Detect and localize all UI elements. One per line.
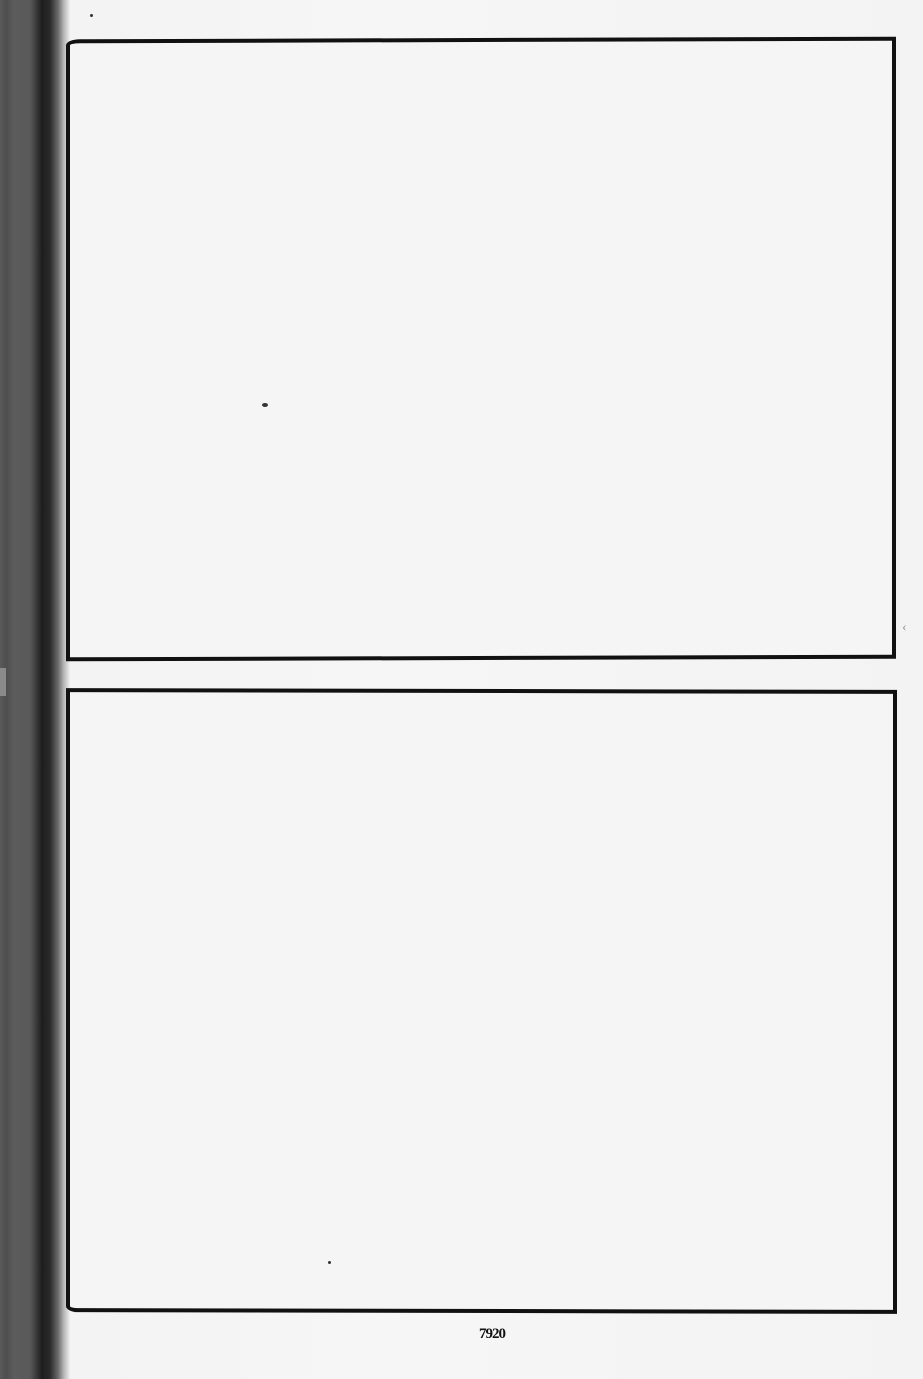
empty-frame-bottom (66, 688, 897, 1314)
page-number: 7920 (479, 1326, 505, 1343)
scanned-page: ‹ 7920 (0, 0, 923, 1379)
binding-notch (0, 668, 6, 696)
scan-speck (262, 403, 268, 407)
scan-speck (328, 1261, 331, 1264)
margin-mark: ‹ (902, 620, 907, 636)
scan-speck (90, 14, 93, 17)
book-binding-shadow (0, 0, 70, 1379)
empty-frame-top (66, 37, 896, 662)
